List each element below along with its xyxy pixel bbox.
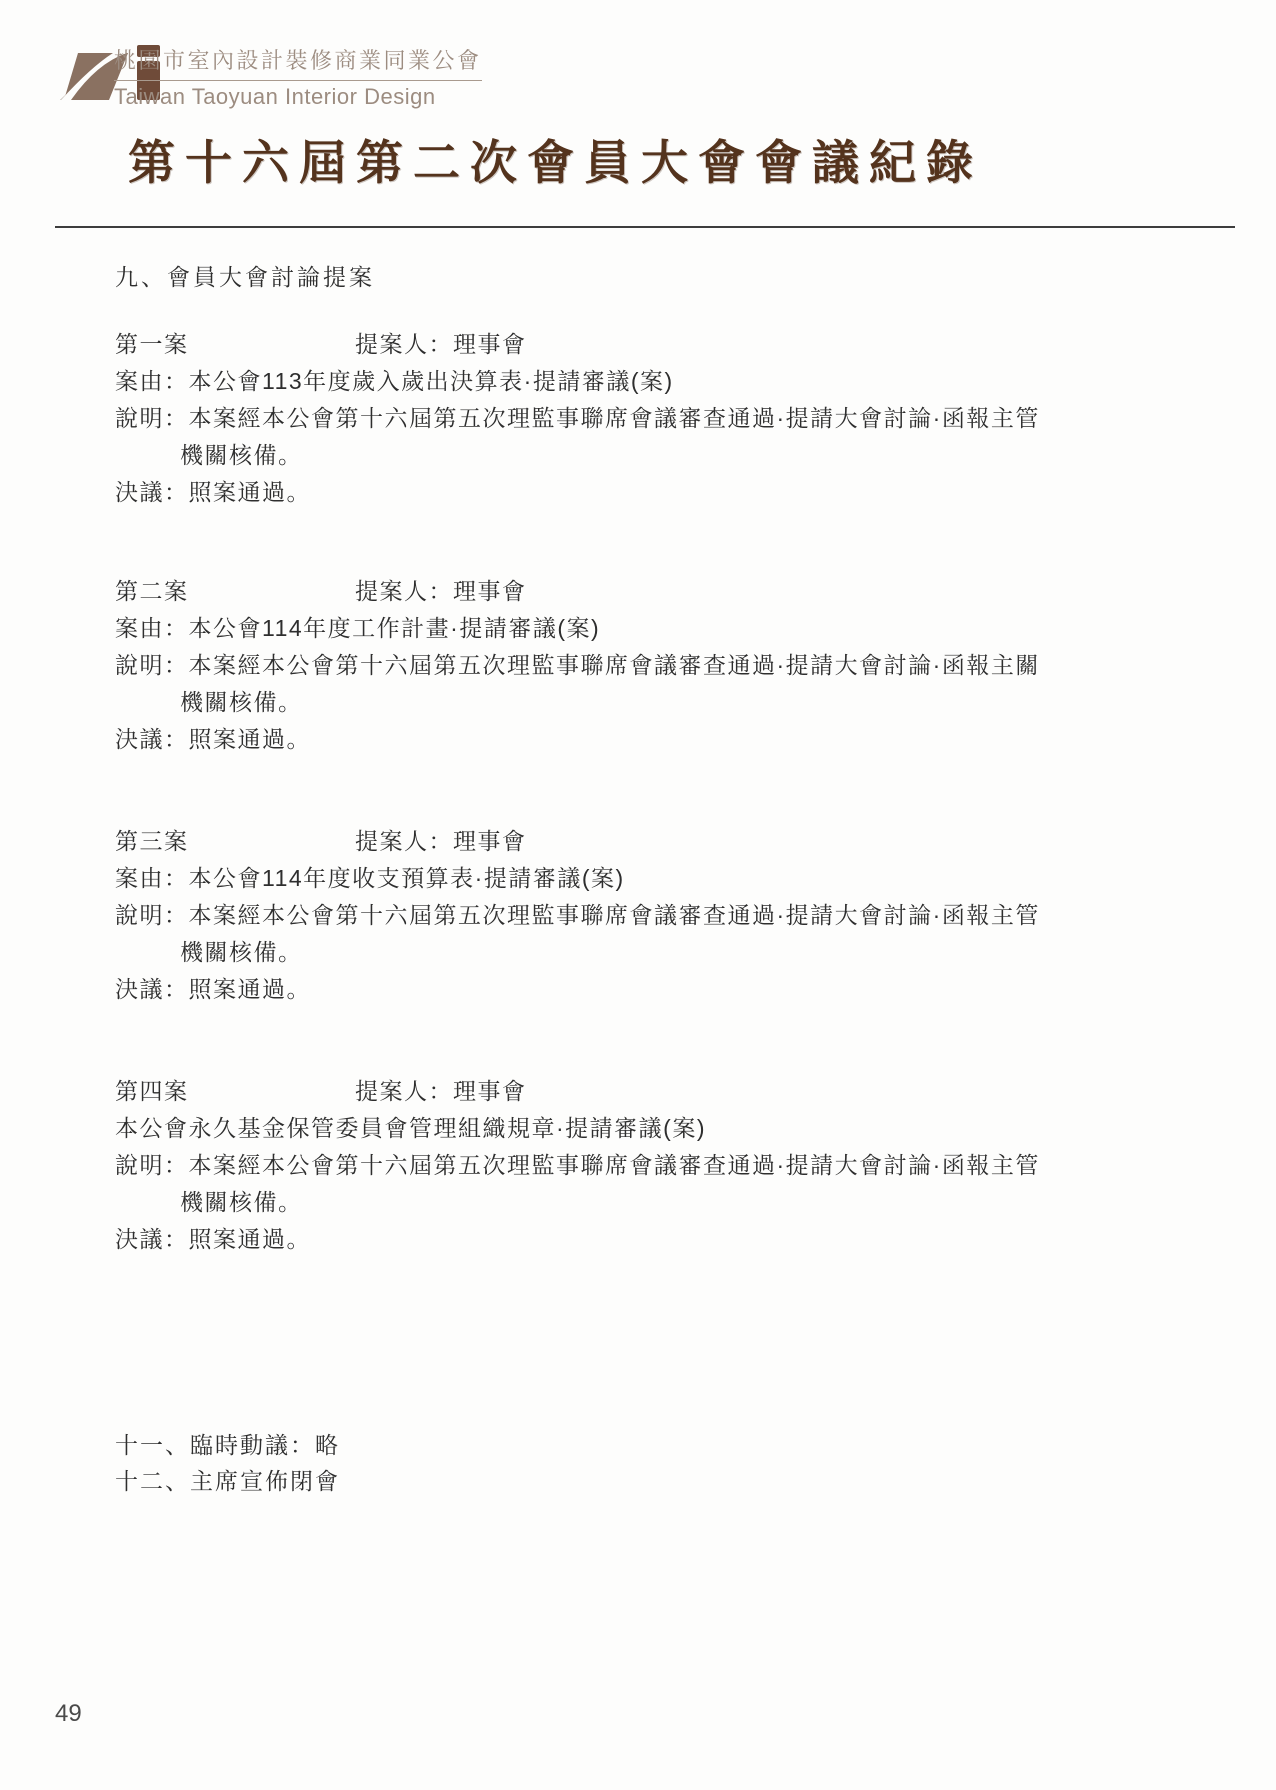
case-label: 第三案 [115, 828, 189, 854]
case-subject: 案由：本公會114年度工作計畫·提請審議(案) [115, 610, 1175, 647]
agenda-heading: 九、會員大會討論提案 [115, 259, 375, 292]
case-explanation-1: 說明：本案經本公會第十六屆第五次理監事聯席會議審查通過·提請大會討論·函報主管 [115, 400, 1175, 437]
case-resolution: 決議：照案通過。 [115, 474, 1175, 511]
closing-item: 十二、主席宣佈閉會 [115, 1463, 340, 1499]
case-explanation-2: 機關核備。 [115, 684, 1175, 721]
case-explanation-1: 說明：本案經本公會第十六屆第五次理監事聯席會議審查通過·提請大會討論·函報主管 [115, 1147, 1175, 1184]
case-subject: 案由：本公會114年度收支預算表·提請審議(案) [115, 860, 1175, 897]
case-proposer: 提案人：理事會 [355, 573, 527, 610]
case-block-1: 第一案 提案人：理事會 案由：本公會113年度歲入歲出決算表·提請審議(案) 說… [115, 326, 1175, 511]
case-resolution: 決議：照案通過。 [115, 971, 1175, 1008]
case-block-3: 第三案 提案人：理事會 案由：本公會114年度收支預算表·提請審議(案) 說明：… [115, 823, 1175, 1008]
org-name-en: Taiwan Taoyuan Interior Design [114, 84, 482, 110]
case-block-4: 第四案 提案人：理事會 本公會永久基金保管委員會管理組織規章·提請審議(案) 說… [115, 1073, 1175, 1258]
case-explanation-2: 機關核備。 [115, 437, 1175, 474]
org-name-zh: 桃園市室內設計裝修商業同業公會 [114, 44, 482, 81]
case-proposer: 提案人：理事會 [355, 1073, 527, 1110]
case-proposer: 提案人：理事會 [355, 823, 527, 860]
org-header: 桃園市室內設計裝修商業同業公會 Taiwan Taoyuan Interior … [114, 44, 482, 110]
closing-item: 十一、臨時動議：略 [115, 1427, 340, 1463]
title-divider [55, 226, 1235, 228]
page-number: 49 [55, 1700, 82, 1728]
closing-items: 十一、臨時動議：略 十二、主席宣佈閉會 [115, 1427, 340, 1499]
case-proposer: 提案人：理事會 [355, 326, 527, 363]
case-explanation-1: 說明：本案經本公會第十六屆第五次理監事聯席會議審查通過·提請大會討論·函報主管 [115, 897, 1175, 934]
page-title: 第十六屆第二次會員大會會議紀錄 [128, 126, 983, 193]
case-label: 第二案 [115, 578, 189, 604]
document-page: 桃園市室內設計裝修商業同業公會 Taiwan Taoyuan Interior … [0, 0, 1276, 1790]
case-resolution: 決議：照案通過。 [115, 1221, 1175, 1258]
case-explanation-2: 機關核備。 [115, 1184, 1175, 1221]
case-subject: 案由：本公會113年度歲入歲出決算表·提請審議(案) [115, 363, 1175, 400]
case-subject: 本公會永久基金保管委員會管理組織規章·提請審議(案) [115, 1110, 1175, 1147]
case-label: 第四案 [115, 1078, 189, 1104]
case-block-2: 第二案 提案人：理事會 案由：本公會114年度工作計畫·提請審議(案) 說明：本… [115, 573, 1175, 758]
case-label: 第一案 [115, 331, 189, 357]
case-explanation-1: 說明：本案經本公會第十六屆第五次理監事聯席會議審查通過·提請大會討論·函報主關 [115, 647, 1175, 684]
case-explanation-2: 機關核備。 [115, 934, 1175, 971]
case-resolution: 決議：照案通過。 [115, 721, 1175, 758]
